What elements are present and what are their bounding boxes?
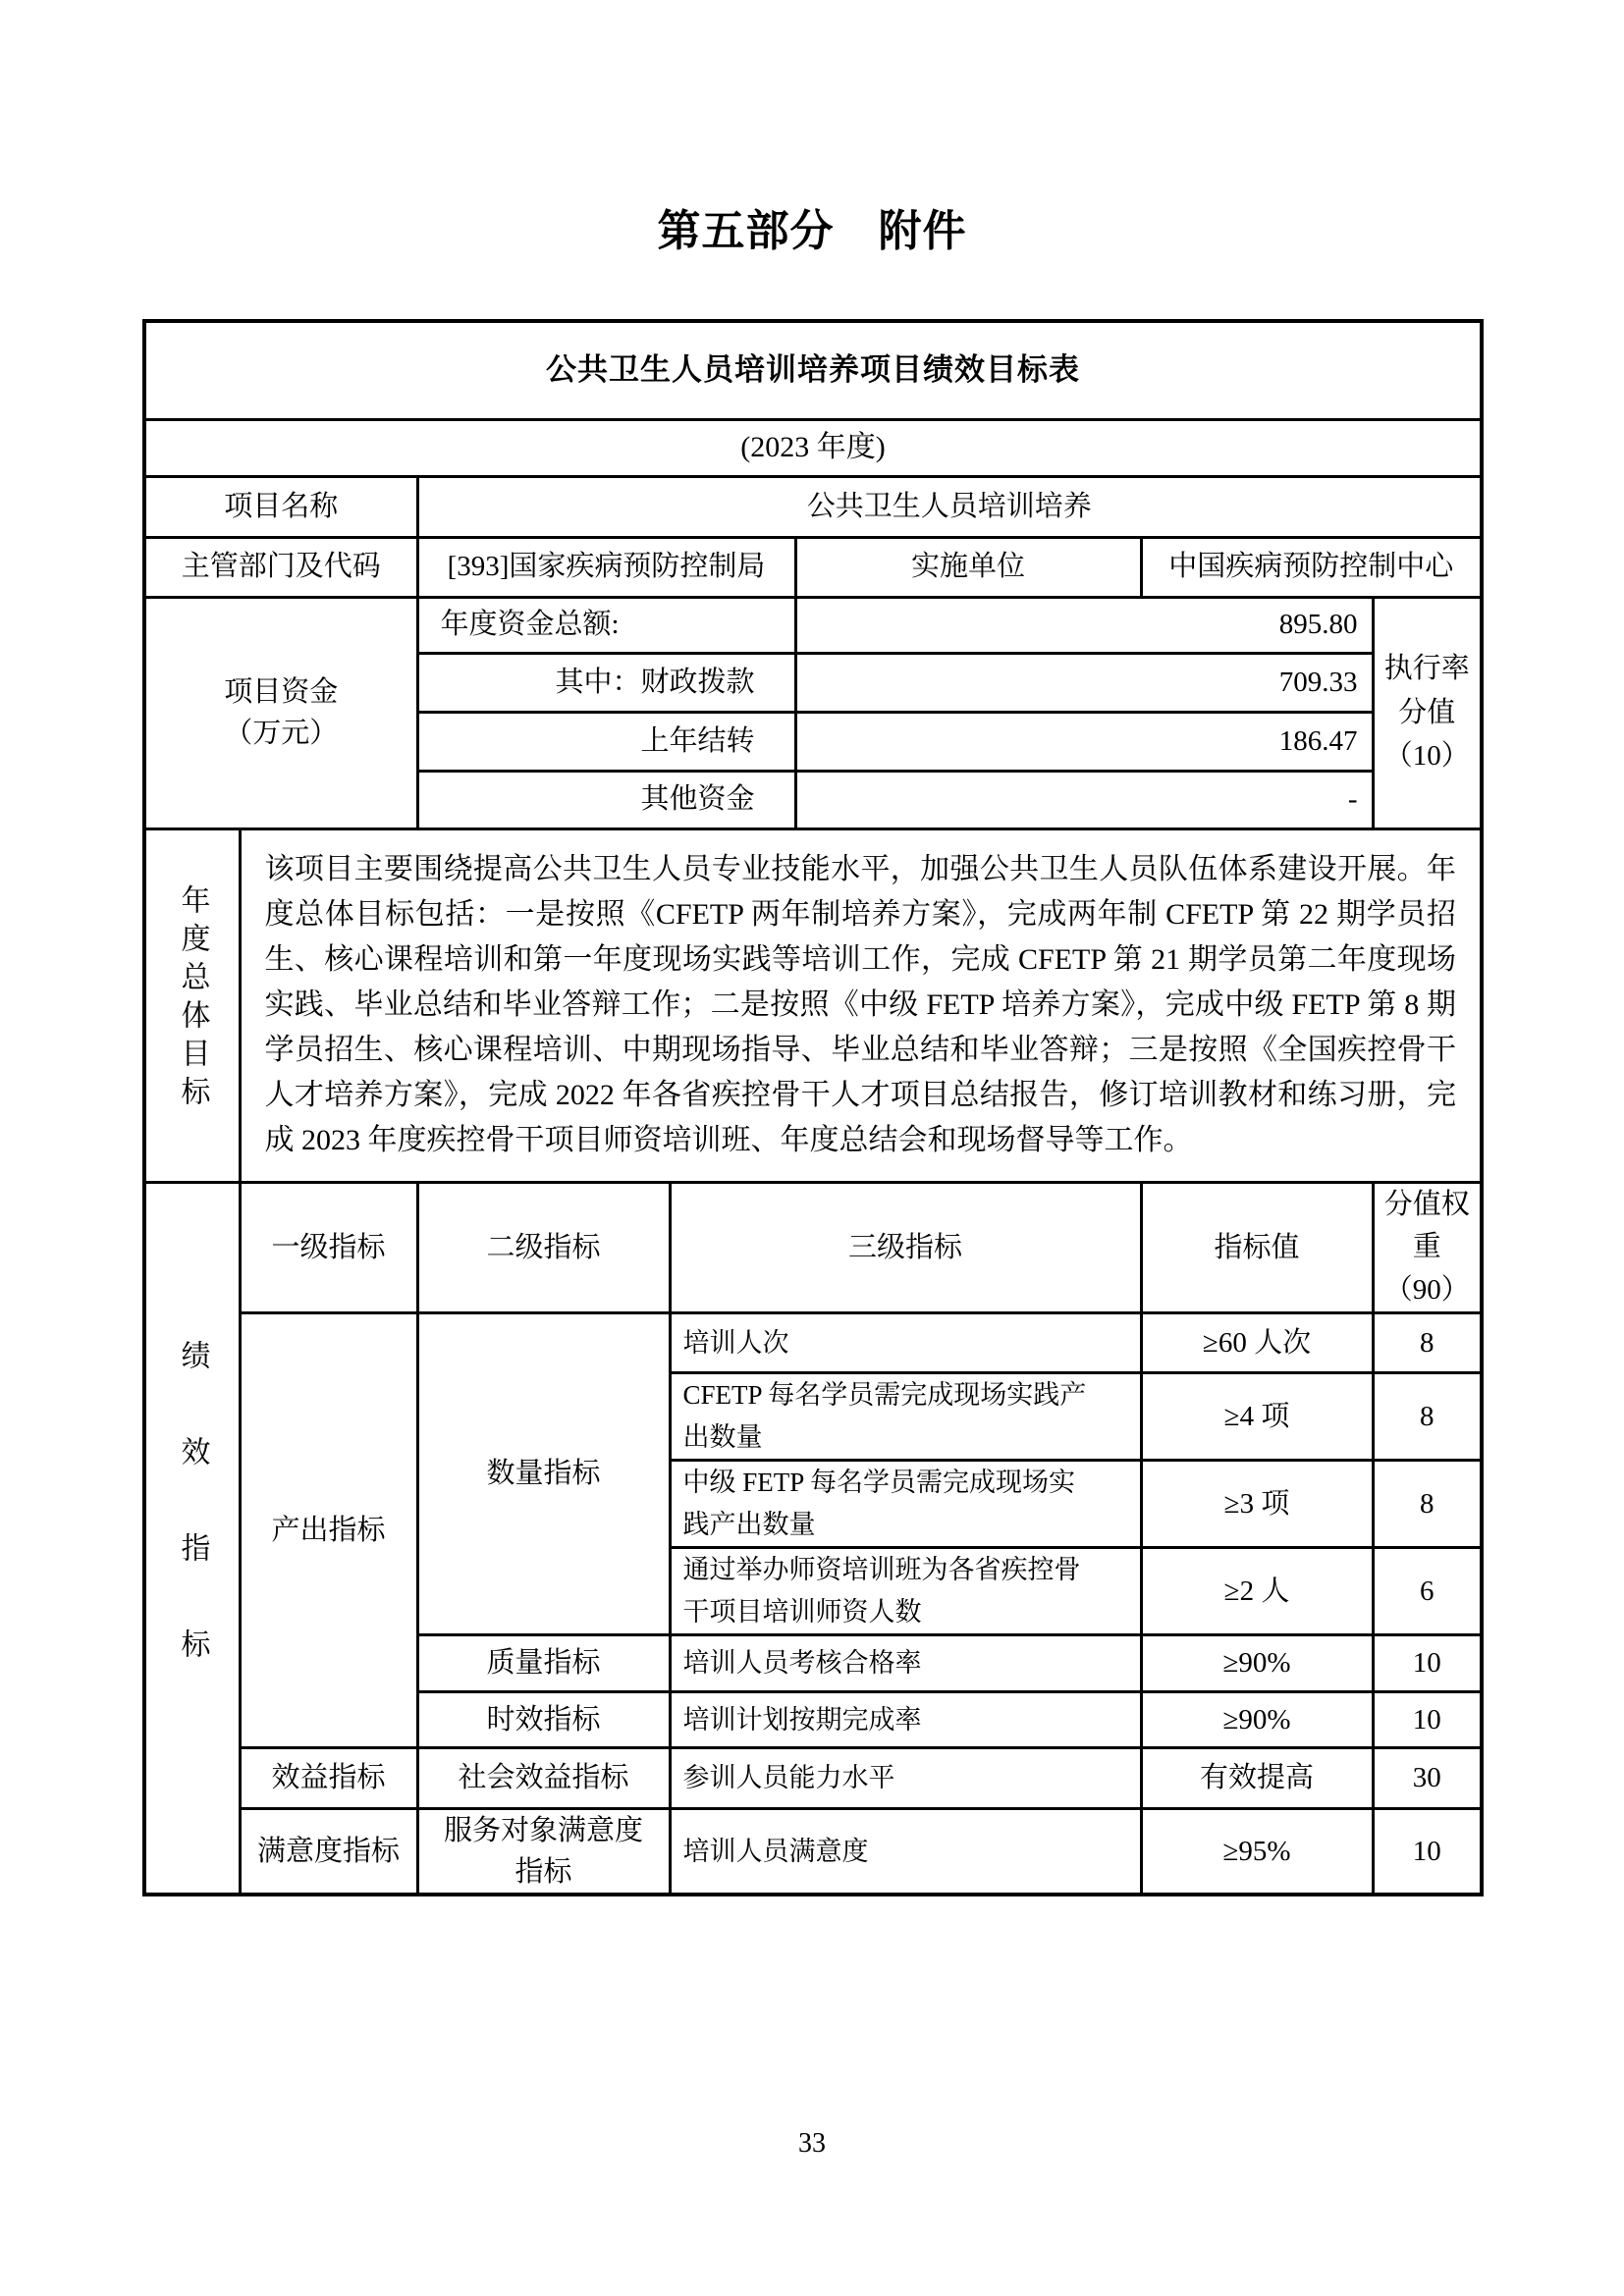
indicator-target-7: 有效提高 — [1141, 1748, 1373, 1809]
indicator-name-2: CFETP 每名学员需完成现场实践产 出数量 — [670, 1373, 1141, 1461]
indicator-target-5: ≥90% — [1141, 1635, 1373, 1692]
project-name-row: 项目名称 公共卫生人员培训培养 — [144, 476, 1482, 537]
fund-appropriation-value: 709.33 — [795, 653, 1373, 712]
indicator-target-3: ≥3 项 — [1141, 1461, 1373, 1548]
annual-goal-text: 该项目主要围绕提高公共卫生人员专业技能水平，加强公共卫生人员队伍体系建设开展。年… — [240, 828, 1482, 1182]
header-level3: 三级指标 — [670, 1182, 1141, 1313]
header-level1: 一级指标 — [240, 1182, 417, 1313]
table-title: 公共卫生人员培训培养项目绩效目标表 — [144, 321, 1482, 419]
level2-quality: 质量指标 — [417, 1635, 670, 1692]
indicator-row-7: 效益指标 社会效益指标 参训人员能力水平 有效提高 30 — [144, 1748, 1482, 1809]
annual-goal-side-label-text: 年度总体目标 — [171, 884, 214, 1114]
indicator-name-3: 中级 FETP 每名学员需完成现场实 践产出数量 — [670, 1461, 1141, 1548]
section-heading: 第五部分 附件 — [0, 208, 1624, 255]
project-name-label: 项目名称 — [144, 476, 417, 537]
indicator-name-4: 通过举办师资培训班为各省疾控骨 干项目培训师资人数 — [670, 1548, 1141, 1635]
department-label: 主管部门及代码 — [144, 537, 417, 597]
indicator-target-4: ≥2 人 — [1141, 1548, 1373, 1635]
indicator-row-1: 产出指标 数量指标 培训人次 ≥60 人次 8 — [144, 1313, 1482, 1373]
department-row: 主管部门及代码 [393]国家疾病预防控制局 实施单位 中国疾病预防控制中心 — [144, 537, 1482, 597]
indicators-side-label: 绩效指标 — [144, 1182, 240, 1895]
indicator-row-8: 满意度指标 服务对象满意度 指标 培训人员满意度 ≥95% 10 — [144, 1809, 1482, 1896]
indicator-target-2: ≥4 项 — [1141, 1373, 1373, 1461]
level2-timeliness: 时效指标 — [417, 1692, 670, 1748]
indicator-target-6: ≥90% — [1141, 1692, 1373, 1748]
fund-carryover-value: 186.47 — [795, 712, 1373, 771]
indicator-score-1: 8 — [1373, 1313, 1482, 1373]
level1-satisfaction: 满意度指标 — [240, 1809, 417, 1896]
execution-rate-cell: 执行率 分值 （10） — [1373, 597, 1482, 828]
fund-total-value: 895.80 — [795, 597, 1373, 653]
indicator-target-8: ≥95% — [1141, 1809, 1373, 1896]
level2-quantity: 数量指标 — [417, 1313, 670, 1635]
fund-other-label: 其他资金 — [417, 771, 795, 828]
indicator-name-1: 培训人次 — [670, 1313, 1141, 1373]
header-weight: 分值权 重 （90） — [1373, 1182, 1482, 1313]
funds-label: 项目资金 （万元） — [144, 597, 417, 828]
page-number: 33 — [0, 2128, 1624, 2160]
fund-carryover-label: 上年结转 — [417, 712, 795, 771]
indicator-name-8: 培训人员满意度 — [670, 1809, 1141, 1896]
indicators-side-label-text: 绩效指标 — [171, 1340, 214, 1725]
project-name-value: 公共卫生人员培训培养 — [417, 476, 1482, 537]
indicator-score-8: 10 — [1373, 1809, 1482, 1896]
level1-output: 产出指标 — [240, 1313, 417, 1748]
indicator-score-5: 10 — [1373, 1635, 1482, 1692]
annual-goal-row: 年度总体目标 该项目主要围绕提高公共卫生人员专业技能水平，加强公共卫生人员队伍体… — [144, 828, 1482, 1182]
indicator-score-7: 30 — [1373, 1748, 1482, 1809]
year-row: (2023 年度) — [144, 419, 1482, 476]
indicator-name-5: 培训人员考核合格率 — [670, 1635, 1141, 1692]
indicator-target-1: ≥60 人次 — [1141, 1313, 1373, 1373]
performance-target-table: 公共卫生人员培训培养项目绩效目标表 (2023 年度) 项目名称 公共卫生人员培… — [142, 319, 1484, 1896]
indicator-score-3: 8 — [1373, 1461, 1482, 1548]
document-page: 第五部分 附件 公共卫生人员培训培养项目绩效目标表 (2023 年度) 项目名称… — [0, 0, 1624, 2296]
fund-total-label: 年度资金总额: — [417, 597, 795, 653]
header-target-value: 指标值 — [1141, 1182, 1373, 1313]
header-level2: 二级指标 — [417, 1182, 670, 1313]
year-label: (2023 年度) — [144, 419, 1482, 476]
department-value: [393]国家疾病预防控制局 — [417, 537, 795, 597]
indicator-name-7: 参训人员能力水平 — [670, 1748, 1141, 1809]
impl-unit-label: 实施单位 — [795, 537, 1141, 597]
indicator-score-2: 8 — [1373, 1373, 1482, 1461]
fund-other-value: - — [795, 771, 1373, 828]
indicator-score-4: 6 — [1373, 1548, 1482, 1635]
fund-row-total: 项目资金 （万元） 年度资金总额: 895.80 执行率 分值 （10） — [144, 597, 1482, 653]
indicator-header-row: 绩效指标 一级指标 二级指标 三级指标 指标值 分值权 重 （90） — [144, 1182, 1482, 1313]
fund-appropriation-label: 其中：财政拨款 — [417, 653, 795, 712]
table-title-row: 公共卫生人员培训培养项目绩效目标表 — [144, 321, 1482, 419]
level2-service: 服务对象满意度 指标 — [417, 1809, 670, 1896]
level1-benefit: 效益指标 — [240, 1748, 417, 1809]
impl-unit-value: 中国疾病预防控制中心 — [1141, 537, 1482, 597]
level2-social: 社会效益指标 — [417, 1748, 670, 1809]
indicator-name-6: 培训计划按期完成率 — [670, 1692, 1141, 1748]
indicator-score-6: 10 — [1373, 1692, 1482, 1748]
annual-goal-side-label: 年度总体目标 — [144, 828, 240, 1182]
